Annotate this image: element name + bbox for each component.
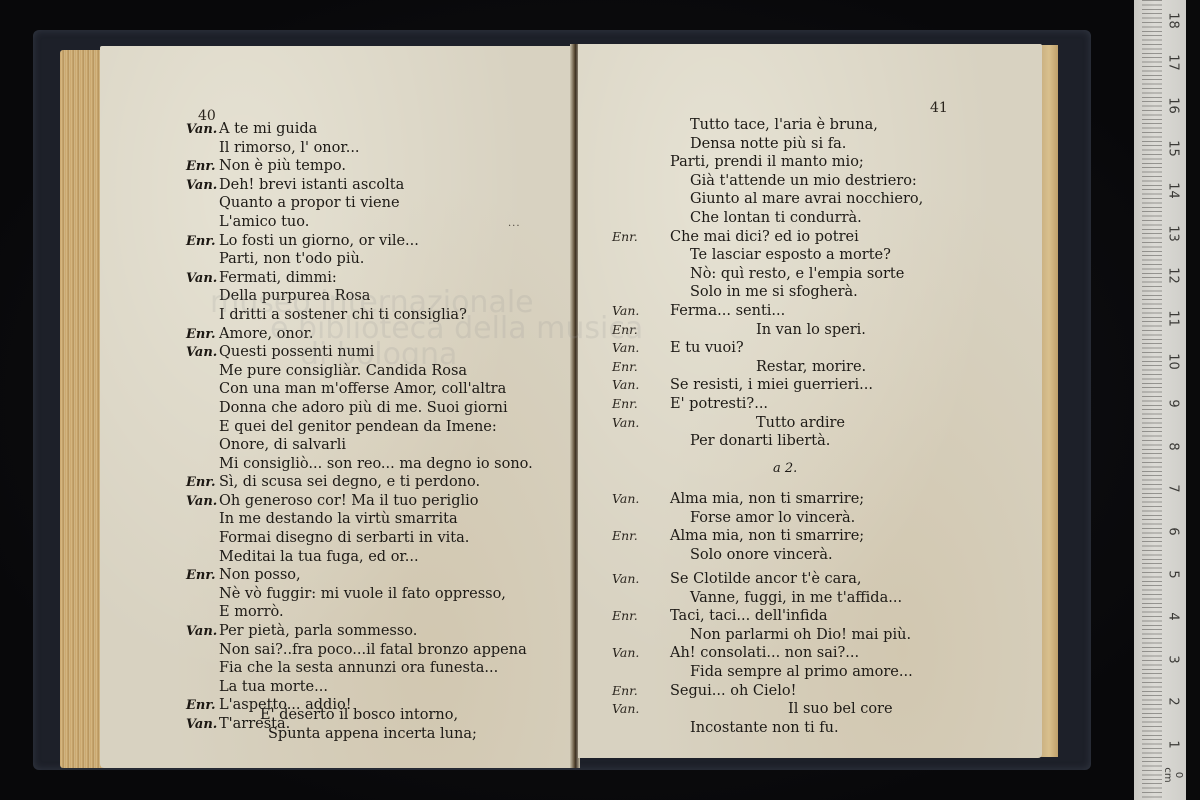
line-text: L'amico tuo. xyxy=(219,214,309,230)
speaker-label: Enr. xyxy=(612,358,670,377)
section-heading-a2: a 2. xyxy=(773,460,797,479)
speaker-label: Van. xyxy=(186,493,219,512)
dialogue-line: Te lasciar esposto a morte? xyxy=(612,246,923,265)
speaker-label: Van. xyxy=(612,644,670,663)
ruler-mark: 7 xyxy=(1166,478,1181,500)
dialogue-line: Enr.Sì, di scusa sei degno, e ti perdono… xyxy=(186,473,533,492)
speaker-label: Enr. xyxy=(186,474,219,493)
line-text: A te mi guida xyxy=(219,121,317,137)
ruler-mark: 13 xyxy=(1166,222,1181,244)
line-text: Incostante non ti fu. xyxy=(670,719,839,738)
page-edges-right xyxy=(1040,45,1058,757)
line-text: Solo onore vincerà. xyxy=(670,546,833,565)
dialogue-line: Enr.Segui... oh Cielo! xyxy=(612,682,913,701)
line-text: Meditai la tua fuga, ed or... xyxy=(219,549,419,565)
dialogue-line: Van.E tu vuoi? xyxy=(612,339,923,358)
line-text: Alma mia, non ti smarrire; xyxy=(670,527,864,546)
ruler-mark: 17 xyxy=(1166,52,1181,74)
dialogue-line: Enr.Amore, onor. xyxy=(186,325,533,344)
dialogue-line: Solo onore vincerà. xyxy=(612,546,864,565)
line-text: Nè vò fuggir: mi vuole il fato oppresso, xyxy=(219,586,506,602)
dialogue-line: Enr.Non è più tempo. xyxy=(186,157,533,176)
dialogue-line: Van.Alma mia, non ti smarrire; xyxy=(612,490,864,509)
line-text: Il rimorso, l' onor... xyxy=(219,140,360,156)
line-text: Che lontan ti condurrà. xyxy=(670,209,862,228)
line-text: Parti, non t'odo più. xyxy=(219,251,364,267)
dialogue-line: Van.Ferma... senti... xyxy=(612,302,923,321)
dialogue-line: Enr.Taci, taci... dell'infida xyxy=(612,607,913,626)
dialogue-line: Enr.Alma mia, non ti smarrire; xyxy=(612,527,864,546)
line-text: Deh! brevi istanti ascolta xyxy=(219,177,404,193)
dialogue-line: Enr.In van lo speri. xyxy=(612,321,923,340)
dialogue-line: Parti, non t'odo più. xyxy=(186,250,533,269)
line-text: Formai disegno di serbarti in vita. xyxy=(219,530,469,546)
line-text: Non parlarmi oh Dio! mai più. xyxy=(670,626,911,645)
line-text: E quei del genitor pendean da Imene: xyxy=(219,419,497,435)
line-text: I dritti a sostener chi ti consiglia? xyxy=(219,307,467,323)
left-page-verse: E' deserto il bosco intorno, Spunta appe… xyxy=(260,706,477,743)
dialogue-line: Enr.Restar, morire. xyxy=(612,358,923,377)
dialogue-line: In me destando la virtù smarrita xyxy=(186,510,533,529)
dialogue-line: Enr.Non posso, xyxy=(186,566,533,585)
dialogue-line: Già t'attende un mio destriero: xyxy=(612,172,923,191)
line-text: Se Clotilde ancor t'è cara, xyxy=(670,570,862,589)
speaker-label: Van. xyxy=(186,623,219,642)
line-text: Tutto tace, l'aria è bruna, xyxy=(670,116,878,135)
ruler-mark: 9 xyxy=(1166,393,1181,415)
dialogue-line: Giunto al mare avrai nocchiero, xyxy=(612,190,923,209)
ruler-mark: 5 xyxy=(1166,563,1181,585)
page-edges-left xyxy=(60,50,105,768)
line-text: E morrò. xyxy=(219,604,284,620)
line-text: Già t'attende un mio destriero: xyxy=(670,172,917,191)
dialogue-line: Enr.Lo fosti un giorno, or vile... xyxy=(186,232,533,251)
dialogue-line: Me pure consigliàr. Candida Rosa xyxy=(186,362,533,381)
speaker-label: Van. xyxy=(612,339,670,358)
dialogue-line: Densa notte più si fa. xyxy=(612,135,923,154)
line-text: Non sai?..fra poco...il fatal bronzo app… xyxy=(219,642,527,658)
dialogue-line: Van.Oh generoso cor! Ma il tuo periglio xyxy=(186,492,533,511)
dialogue-line: Van.Ah! consolati... non sai?... xyxy=(612,644,913,663)
line-text: Te lasciar esposto a morte? xyxy=(670,246,891,265)
page-number-right: 41 xyxy=(930,100,948,116)
line-text: In van lo speri. xyxy=(670,321,866,340)
ruler-mark: 16 xyxy=(1166,95,1181,117)
dialogue-line: I dritti a sostener chi ti consiglia? xyxy=(186,306,533,325)
dialogue-line: Non parlarmi oh Dio! mai più. xyxy=(612,626,913,645)
verse-line: Spunta appena incerta luna; xyxy=(260,725,477,744)
dialogue-line: Onore, di salvarli xyxy=(186,436,533,455)
line-text: Fida sempre al primo amore... xyxy=(670,663,913,682)
speaker-label: Van. xyxy=(612,414,670,433)
dialogue-line: Van.Deh! brevi istanti ascolta xyxy=(186,176,533,195)
line-text: Densa notte più si fa. xyxy=(670,135,846,154)
ruler-mark: 4 xyxy=(1166,606,1181,628)
ruler-mark: 14 xyxy=(1166,180,1181,202)
speaker-label: Enr. xyxy=(186,326,219,345)
dialogue-line: Il rimorso, l' onor... xyxy=(186,139,533,158)
speaker-label: Enr. xyxy=(612,395,670,414)
speaker-label: Van. xyxy=(186,344,219,363)
ruler-mark: 15 xyxy=(1166,137,1181,159)
dialogue-line: Della purpurea Rosa xyxy=(186,287,533,306)
line-text: Per pietà, parla sommesso. xyxy=(219,623,417,639)
line-text: Ah! consolati... non sai?... xyxy=(670,644,859,663)
ruler-shadow xyxy=(1186,0,1200,800)
line-text: Ferma... senti... xyxy=(670,302,785,321)
line-text: Della purpurea Rosa xyxy=(219,288,370,304)
dialogue-line: Vanne, fuggi, in me t'affida... xyxy=(612,589,913,608)
left-page-dialogue: Van.A te mi guidaIl rimorso, l' onor...E… xyxy=(186,120,533,734)
line-text: Sì, di scusa sei degno, e ti perdono. xyxy=(219,474,480,490)
dialogue-line: Van.Questi possenti numi xyxy=(186,343,533,362)
line-text: Giunto al mare avrai nocchiero, xyxy=(670,190,923,209)
dialogue-line: Con una man m'offerse Amor, coll'altra xyxy=(186,380,533,399)
line-text: Parti, prendi il manto mio; xyxy=(670,153,864,172)
dialogue-line: Van.Se resisti, i miei guerrieri... xyxy=(612,376,923,395)
dialogue-line: Parti, prendi il manto mio; xyxy=(612,153,923,172)
dialogue-line: Van.Tutto ardire xyxy=(612,414,923,433)
dialogue-line: Incostante non ti fu. xyxy=(612,719,913,738)
dialogue-line: E quei del genitor pendean da Imene: xyxy=(186,418,533,437)
ruler-mark: 1 xyxy=(1166,734,1181,756)
speaker-label: Van. xyxy=(612,302,670,321)
line-text: Con una man m'offerse Amor, coll'altra xyxy=(219,381,506,397)
speaker-label: Enr. xyxy=(612,607,670,626)
line-text: Tutto ardire xyxy=(670,414,845,433)
dialogue-line: Meditai la tua fuga, ed or... xyxy=(186,548,533,567)
speaker-label: Van. xyxy=(612,700,670,719)
dialogue-line: Mi consigliò... son reo... ma degno io s… xyxy=(186,455,533,474)
verse-line: E' deserto il bosco intorno, xyxy=(260,706,477,725)
speaker-label: Enr. xyxy=(612,527,670,546)
line-text: In me destando la virtù smarrita xyxy=(219,511,458,527)
line-text: E' potresti?... xyxy=(670,395,768,414)
line-text: Quanto a propor ti viene xyxy=(219,195,400,211)
measurement-ruler: 0 cm123456789101112131415161718 xyxy=(1134,0,1186,800)
ruler-mark: 11 xyxy=(1166,308,1181,330)
dialogue-line: E morrò. xyxy=(186,603,533,622)
ruler-mark: 10 xyxy=(1166,350,1181,372)
dialogue-line: Nè vò fuggir: mi vuole il fato oppresso, xyxy=(186,585,533,604)
dialogue-line: Fia che la sesta annunzi ora funesta... xyxy=(186,659,533,678)
line-text: Fia che la sesta annunzi ora funesta... xyxy=(219,660,498,676)
line-text: Donna che adoro più di me. Suoi giorni xyxy=(219,400,508,416)
ruler-mark: 6 xyxy=(1166,521,1181,543)
line-text: La tua morte... xyxy=(219,679,328,695)
dialogue-line: Che lontan ti condurrà. xyxy=(612,209,923,228)
line-text: Nò: quì resto, e l'empia sorte xyxy=(670,265,904,284)
dialogue-line: Van.Se Clotilde ancor t'è cara, xyxy=(612,570,913,589)
line-text: Me pure consigliàr. Candida Rosa xyxy=(219,363,467,379)
dialogue-line: Van.Per pietà, parla sommesso. xyxy=(186,622,533,641)
dialogue-line: Tutto tace, l'aria è bruna, xyxy=(612,116,923,135)
line-text: E tu vuoi? xyxy=(670,339,744,358)
dialogue-line: Per donarti libertà. xyxy=(612,432,923,451)
ruler-mark: 8 xyxy=(1166,435,1181,457)
speaker-label: Van. xyxy=(186,716,219,735)
line-text: Segui... oh Cielo! xyxy=(670,682,796,701)
speaker-label: Van. xyxy=(612,570,670,589)
dialogue-line: Fida sempre al primo amore... xyxy=(612,663,913,682)
line-text: Non posso, xyxy=(219,567,301,583)
dialogue-line: Van.Il suo bel core xyxy=(612,700,913,719)
line-text: Taci, taci... dell'infida xyxy=(670,607,828,626)
dialogue-line: L'amico tuo. xyxy=(186,213,533,232)
speaker-label: Enr. xyxy=(186,567,219,586)
line-text: Se resisti, i miei guerrieri... xyxy=(670,376,873,395)
line-text: Questi possenti numi xyxy=(219,344,374,360)
line-text: Mi consigliò... son reo... ma degno io s… xyxy=(219,456,533,472)
line-text: Restar, morire. xyxy=(670,358,866,377)
ruler-unit-label: 0 cm xyxy=(1162,764,1184,786)
speaker-label: Enr. xyxy=(186,233,219,252)
line-text: Fermati, dimmi: xyxy=(219,270,337,286)
speaker-label: Enr. xyxy=(612,682,670,701)
line-text: Onore, di salvarli xyxy=(219,437,346,453)
right-page: 41 Tutto tace, l'aria è bruna,Densa nott… xyxy=(578,44,1042,758)
dialogue-line: Van.A te mi guida xyxy=(186,120,533,139)
line-text: Per donarti libertà. xyxy=(670,432,830,451)
line-text: Lo fosti un giorno, or vile... xyxy=(219,233,419,249)
dialogue-line: La tua morte... xyxy=(186,678,533,697)
printer-ornament: ... xyxy=(508,218,521,229)
dialogue-line: Solo in me si sfogherà. xyxy=(612,283,923,302)
speaker-label: Van. xyxy=(186,177,219,196)
ruler-mark: 18 xyxy=(1166,9,1181,31)
speaker-label: Van. xyxy=(186,121,219,140)
closing-block: Van.Se Clotilde ancor t'è cara,Vanne, fu… xyxy=(612,570,913,737)
speaker-label: Van. xyxy=(612,376,670,395)
dialogue-line: Donna che adoro più di me. Suoi giorni xyxy=(186,399,533,418)
line-text: Alma mia, non ti smarrire; xyxy=(670,490,864,509)
right-page-dialogue: Tutto tace, l'aria è bruna,Densa notte p… xyxy=(612,116,923,451)
ruler-mark: 2 xyxy=(1166,691,1181,713)
dialogue-line: Enr.Che mai dici? ed io potrei xyxy=(612,228,923,247)
left-page: 40 Van.A te mi guidaIl rimorso, l' onor.… xyxy=(100,46,574,768)
speaker-label: Van. xyxy=(186,270,219,289)
dialogue-line: Nò: quì resto, e l'empia sorte xyxy=(612,265,923,284)
speaker-label: Enr. xyxy=(186,158,219,177)
dialogue-line: Formai disegno di serbarti in vita. xyxy=(186,529,533,548)
dialogue-line: Quanto a propor ti viene xyxy=(186,194,533,213)
speaker-label: Enr. xyxy=(612,321,670,340)
dialogue-line: Enr.E' potresti?... xyxy=(612,395,923,414)
line-text: Solo in me si sfogherà. xyxy=(670,283,858,302)
line-text: Che mai dici? ed io potrei xyxy=(670,228,859,247)
line-text: Il suo bel core xyxy=(670,700,893,719)
ruler-ticks xyxy=(1142,0,1162,800)
duet-block: Van.Alma mia, non ti smarrire;Forse amor… xyxy=(612,490,864,564)
dialogue-line: Forse amor lo vincerà. xyxy=(612,509,864,528)
line-text: Non è più tempo. xyxy=(219,158,346,174)
dialogue-line: Non sai?..fra poco...il fatal bronzo app… xyxy=(186,641,533,660)
dialogue-line: Van.Fermati, dimmi: xyxy=(186,269,533,288)
speaker-label: Van. xyxy=(612,490,670,509)
line-text: Forse amor lo vincerà. xyxy=(670,509,855,528)
ruler-mark: 3 xyxy=(1166,648,1181,670)
speaker-label: Enr. xyxy=(186,697,219,716)
speaker-label: Enr. xyxy=(612,228,670,247)
line-text: Oh generoso cor! Ma il tuo periglio xyxy=(219,493,479,509)
line-text: Vanne, fuggi, in me t'affida... xyxy=(670,589,902,608)
ruler-mark: 12 xyxy=(1166,265,1181,287)
line-text: Amore, onor. xyxy=(219,326,313,342)
